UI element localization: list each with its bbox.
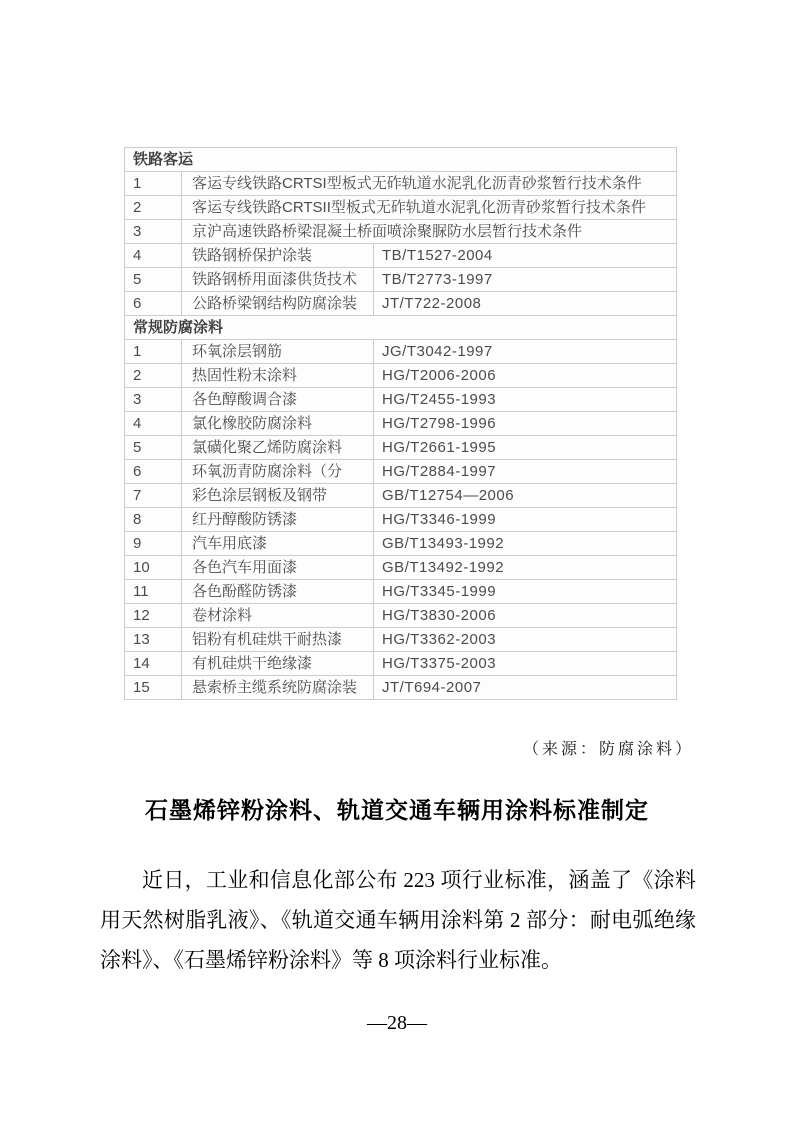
table-row: 4氯化橡胶防腐涂料HG/T2798-1996 <box>125 412 677 436</box>
standard-code: TB/T2773-1997 <box>374 268 677 292</box>
table-row: 2热固性粉末涂料HG/T2006-2006 <box>125 364 677 388</box>
row-number: 3 <box>125 388 182 412</box>
row-number: 15 <box>125 676 182 700</box>
table-row: 2客运专线铁路CRTSII型板式无砟轨道水泥乳化沥青砂浆暂行技术条件 <box>125 196 677 220</box>
row-number: 1 <box>125 172 182 196</box>
table-row: 11各色酚醛防锈漆HG/T3345-1999 <box>125 580 677 604</box>
article-heading: 石墨烯锌粉涂料、轨道交通车辆用涂料标准制定 <box>0 792 794 825</box>
standards-table-grid: 铁路客运1客运专线铁路CRTSI型板式无砟轨道水泥乳化沥青砂浆暂行技术条件2客运… <box>124 147 677 700</box>
table-row: 9汽车用底漆GB/T13493-1992 <box>125 532 677 556</box>
table-row: 8红丹醇酸防锈漆HG/T3346-1999 <box>125 508 677 532</box>
standard-name: 京沪高速铁路桥梁混凝土桥面喷涂聚脲防水层暂行技术条件 <box>182 220 677 244</box>
standard-name: 红丹醇酸防锈漆 <box>182 508 374 532</box>
standard-code: GB/T12754—2006 <box>374 484 677 508</box>
table-row: 3各色醇酸调合漆HG/T2455-1993 <box>125 388 677 412</box>
standard-name: 环氧沥青防腐涂料（分 <box>182 460 374 484</box>
standard-code: HG/T2006-2006 <box>374 364 677 388</box>
standard-code: HG/T3375-2003 <box>374 652 677 676</box>
standard-code: HG/T2661-1995 <box>374 436 677 460</box>
document-page: 铁路客运1客运专线铁路CRTSI型板式无砟轨道水泥乳化沥青砂浆暂行技术条件2客运… <box>0 0 794 1123</box>
standard-name: 汽车用底漆 <box>182 532 374 556</box>
row-number: 7 <box>125 484 182 508</box>
standard-code: HG/T3345-1999 <box>374 580 677 604</box>
row-number: 8 <box>125 508 182 532</box>
table-row: 13铝粉有机硅烘干耐热漆HG/T3362-2003 <box>125 628 677 652</box>
row-number: 3 <box>125 220 182 244</box>
table-row: 6环氧沥青防腐涂料（分HG/T2884-1997 <box>125 460 677 484</box>
table-row: 1环氧涂层钢筋JG/T3042-1997 <box>125 340 677 364</box>
table-row: 7彩色涂层钢板及钢带GB/T12754—2006 <box>125 484 677 508</box>
standard-name: 客运专线铁路CRTSII型板式无砟轨道水泥乳化沥青砂浆暂行技术条件 <box>182 196 677 220</box>
page-number: —28— <box>0 1012 794 1035</box>
row-number: 6 <box>125 460 182 484</box>
table-row: 1客运专线铁路CRTSI型板式无砟轨道水泥乳化沥青砂浆暂行技术条件 <box>125 172 677 196</box>
row-number: 4 <box>125 244 182 268</box>
standard-name: 各色酚醛防锈漆 <box>182 580 374 604</box>
standard-name: 公路桥梁钢结构防腐涂装 <box>182 292 374 316</box>
standard-name: 卷材涂料 <box>182 604 374 628</box>
table-row: 14有机硅烘干绝缘漆HG/T3375-2003 <box>125 652 677 676</box>
row-number: 6 <box>125 292 182 316</box>
article-paragraph: 近日，工业和信息化部公布 223 项行业标准，涵盖了《涂料用天然树脂乳液》、《轨… <box>100 860 696 980</box>
standard-code: JT/T694-2007 <box>374 676 677 700</box>
standard-code: JT/T722-2008 <box>374 292 677 316</box>
table-section-header: 铁路客运 <box>125 148 677 172</box>
standards-table: 铁路客运1客运专线铁路CRTSI型板式无砟轨道水泥乳化沥青砂浆暂行技术条件2客运… <box>124 147 677 700</box>
row-number: 1 <box>125 340 182 364</box>
standard-code: HG/T2455-1993 <box>374 388 677 412</box>
standard-name: 铁路钢桥保护涂装 <box>182 244 374 268</box>
table-row: 6公路桥梁钢结构防腐涂装JT/T722-2008 <box>125 292 677 316</box>
row-number: 10 <box>125 556 182 580</box>
source-note: （来源：防腐涂料） <box>523 736 694 759</box>
section-header-label: 铁路客运 <box>125 148 677 172</box>
standard-code: JG/T3042-1997 <box>374 340 677 364</box>
table-row: 5铁路钢桥用面漆供货技术TB/T2773-1997 <box>125 268 677 292</box>
table-section-header: 常规防腐涂料 <box>125 316 677 340</box>
standard-name: 氯化橡胶防腐涂料 <box>182 412 374 436</box>
row-number: 13 <box>125 628 182 652</box>
standard-code: HG/T3362-2003 <box>374 628 677 652</box>
standard-code: HG/T3830-2006 <box>374 604 677 628</box>
standard-name: 热固性粉末涂料 <box>182 364 374 388</box>
standard-name: 铝粉有机硅烘干耐热漆 <box>182 628 374 652</box>
standard-name: 彩色涂层钢板及钢带 <box>182 484 374 508</box>
row-number: 4 <box>125 412 182 436</box>
standard-code: TB/T1527-2004 <box>374 244 677 268</box>
standard-name: 客运专线铁路CRTSI型板式无砟轨道水泥乳化沥青砂浆暂行技术条件 <box>182 172 677 196</box>
standard-name: 各色醇酸调合漆 <box>182 388 374 412</box>
row-number: 2 <box>125 364 182 388</box>
table-row: 4铁路钢桥保护涂装TB/T1527-2004 <box>125 244 677 268</box>
row-number: 5 <box>125 436 182 460</box>
standard-name: 氯磺化聚乙烯防腐涂料 <box>182 436 374 460</box>
section-header-label: 常规防腐涂料 <box>125 316 677 340</box>
standard-code: GB/T13493-1992 <box>374 532 677 556</box>
row-number: 5 <box>125 268 182 292</box>
table-row: 5氯磺化聚乙烯防腐涂料HG/T2661-1995 <box>125 436 677 460</box>
table-row: 15悬索桥主缆系统防腐涂装JT/T694-2007 <box>125 676 677 700</box>
table-row: 10各色汽车用面漆GB/T13492-1992 <box>125 556 677 580</box>
standard-code: HG/T3346-1999 <box>374 508 677 532</box>
table-row: 3京沪高速铁路桥梁混凝土桥面喷涂聚脲防水层暂行技术条件 <box>125 220 677 244</box>
standard-name: 铁路钢桥用面漆供货技术 <box>182 268 374 292</box>
row-number: 12 <box>125 604 182 628</box>
standard-name: 环氧涂层钢筋 <box>182 340 374 364</box>
standard-code: GB/T13492-1992 <box>374 556 677 580</box>
standard-code: HG/T2798-1996 <box>374 412 677 436</box>
standard-name: 有机硅烘干绝缘漆 <box>182 652 374 676</box>
row-number: 11 <box>125 580 182 604</box>
standard-name: 各色汽车用面漆 <box>182 556 374 580</box>
standard-code: HG/T2884-1997 <box>374 460 677 484</box>
row-number: 9 <box>125 532 182 556</box>
table-row: 12卷材涂料HG/T3830-2006 <box>125 604 677 628</box>
row-number: 2 <box>125 196 182 220</box>
row-number: 14 <box>125 652 182 676</box>
standard-name: 悬索桥主缆系统防腐涂装 <box>182 676 374 700</box>
